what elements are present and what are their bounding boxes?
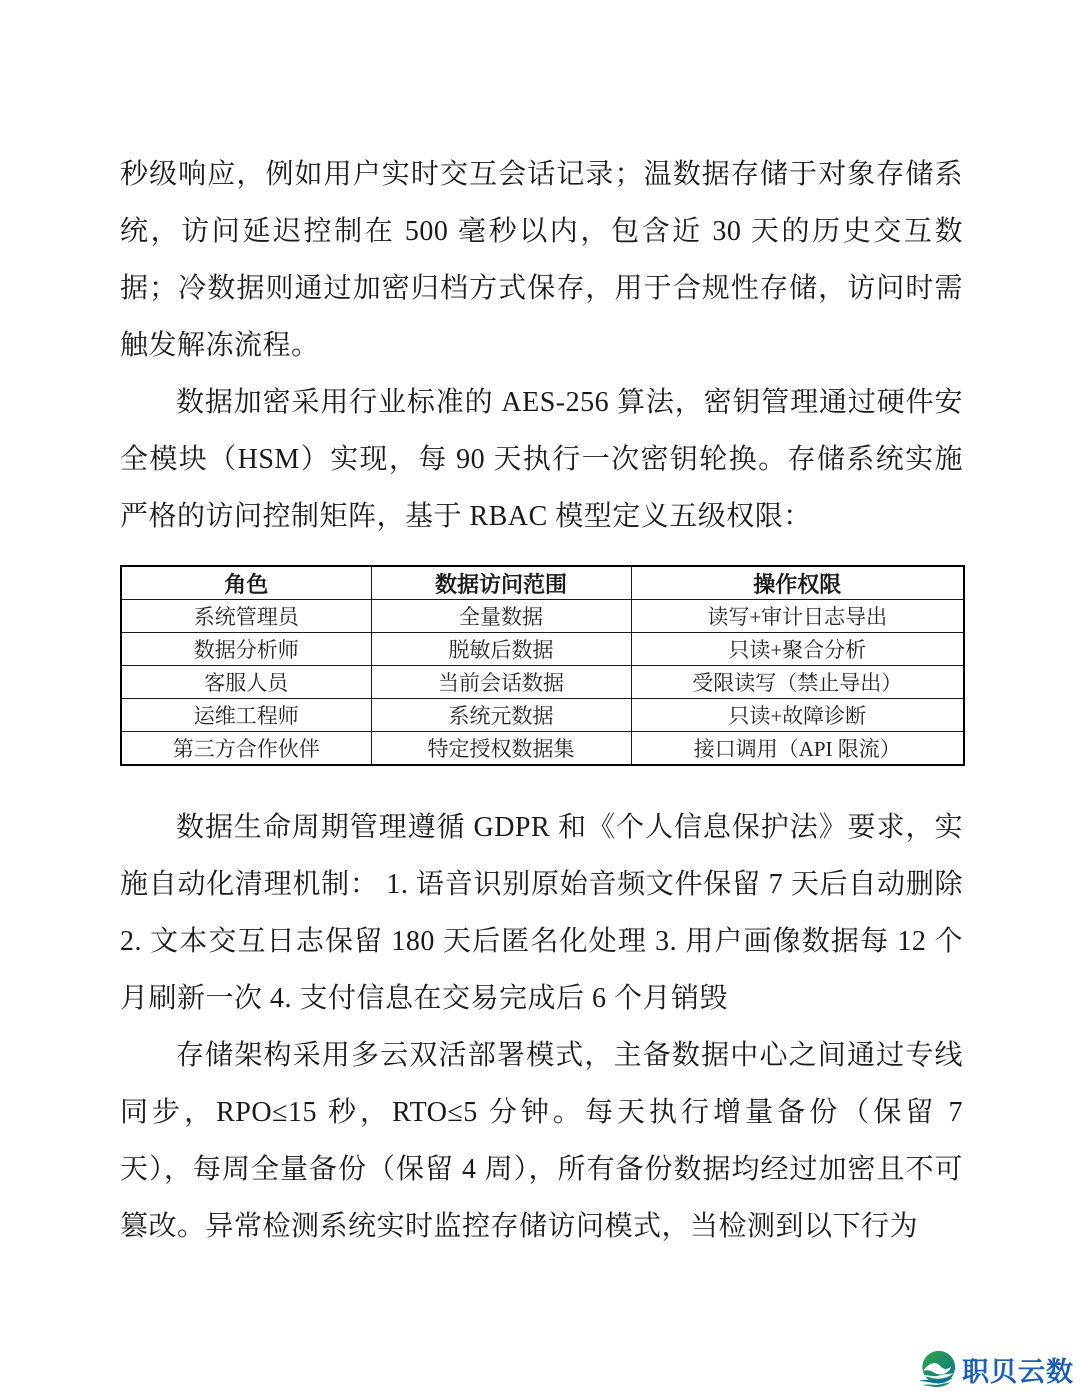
table-cell: 第三方合作伙伴	[121, 732, 371, 766]
table-cell: 只读+聚合分析	[631, 633, 964, 666]
table-cell: 特定授权数据集	[371, 732, 631, 766]
paragraph: 数据加密采用行业标准的 AES-256 算法，密钥管理通过硬件安全模块（HSM）…	[120, 374, 963, 545]
table-row: 第三方合作伙伴 特定授权数据集 接口调用（API 限流）	[121, 732, 964, 766]
paragraph: 存储架构采用多云双活部署模式，主备数据中心之间通过专线同步，RPO≤15 秒，R…	[120, 1027, 963, 1255]
table-cell: 读写+审计日志导出	[631, 600, 964, 633]
brand-name: 职贝云数	[962, 1350, 1074, 1389]
table-cell: 只读+故障诊断	[631, 699, 964, 732]
rbac-permissions-table: 角色 数据访问范围 操作权限 系统管理员 全量数据 读写+审计日志导出 数据分析…	[120, 565, 965, 766]
table-cell: 系统管理员	[121, 600, 371, 633]
document-page: 秒级响应，例如用户实时交互会话记录；温数据存储于对象存储系统，访问延迟控制在 5…	[0, 0, 1080, 1397]
table-cell: 全量数据	[371, 600, 631, 633]
table-cell: 数据分析师	[121, 633, 371, 666]
table-cell: 客服人员	[121, 666, 371, 699]
paragraph: 秒级响应，例如用户实时交互会话记录；温数据存储于对象存储系统，访问延迟控制在 5…	[120, 146, 963, 374]
table-header-cell: 操作权限	[631, 566, 964, 600]
brand-logo: 职贝云数	[914, 1349, 1074, 1389]
table-cell: 脱敏后数据	[371, 633, 631, 666]
table-cell: 受限读写（禁止导出）	[631, 666, 964, 699]
document-content: 秒级响应，例如用户实时交互会话记录；温数据存储于对象存储系统，访问延迟控制在 5…	[120, 146, 963, 1255]
table-cell: 运维工程师	[121, 699, 371, 732]
table-cell: 接口调用（API 限流）	[631, 732, 964, 766]
table-header-cell: 数据访问范围	[371, 566, 631, 600]
table-row: 系统管理员 全量数据 读写+审计日志导出	[121, 600, 964, 633]
table-cell: 当前会话数据	[371, 666, 631, 699]
table-cell: 系统元数据	[371, 699, 631, 732]
paragraph: 数据生命周期管理遵循 GDPR 和《个人信息保护法》要求，实施自动化清理机制： …	[120, 799, 963, 1027]
table-header-row: 角色 数据访问范围 操作权限	[121, 566, 964, 600]
wave-logo-icon	[914, 1349, 958, 1389]
table-row: 运维工程师 系统元数据 只读+故障诊断	[121, 699, 964, 732]
table-row: 客服人员 当前会话数据 受限读写（禁止导出）	[121, 666, 964, 699]
table-header-cell: 角色	[121, 566, 371, 600]
table-row: 数据分析师 脱敏后数据 只读+聚合分析	[121, 633, 964, 666]
